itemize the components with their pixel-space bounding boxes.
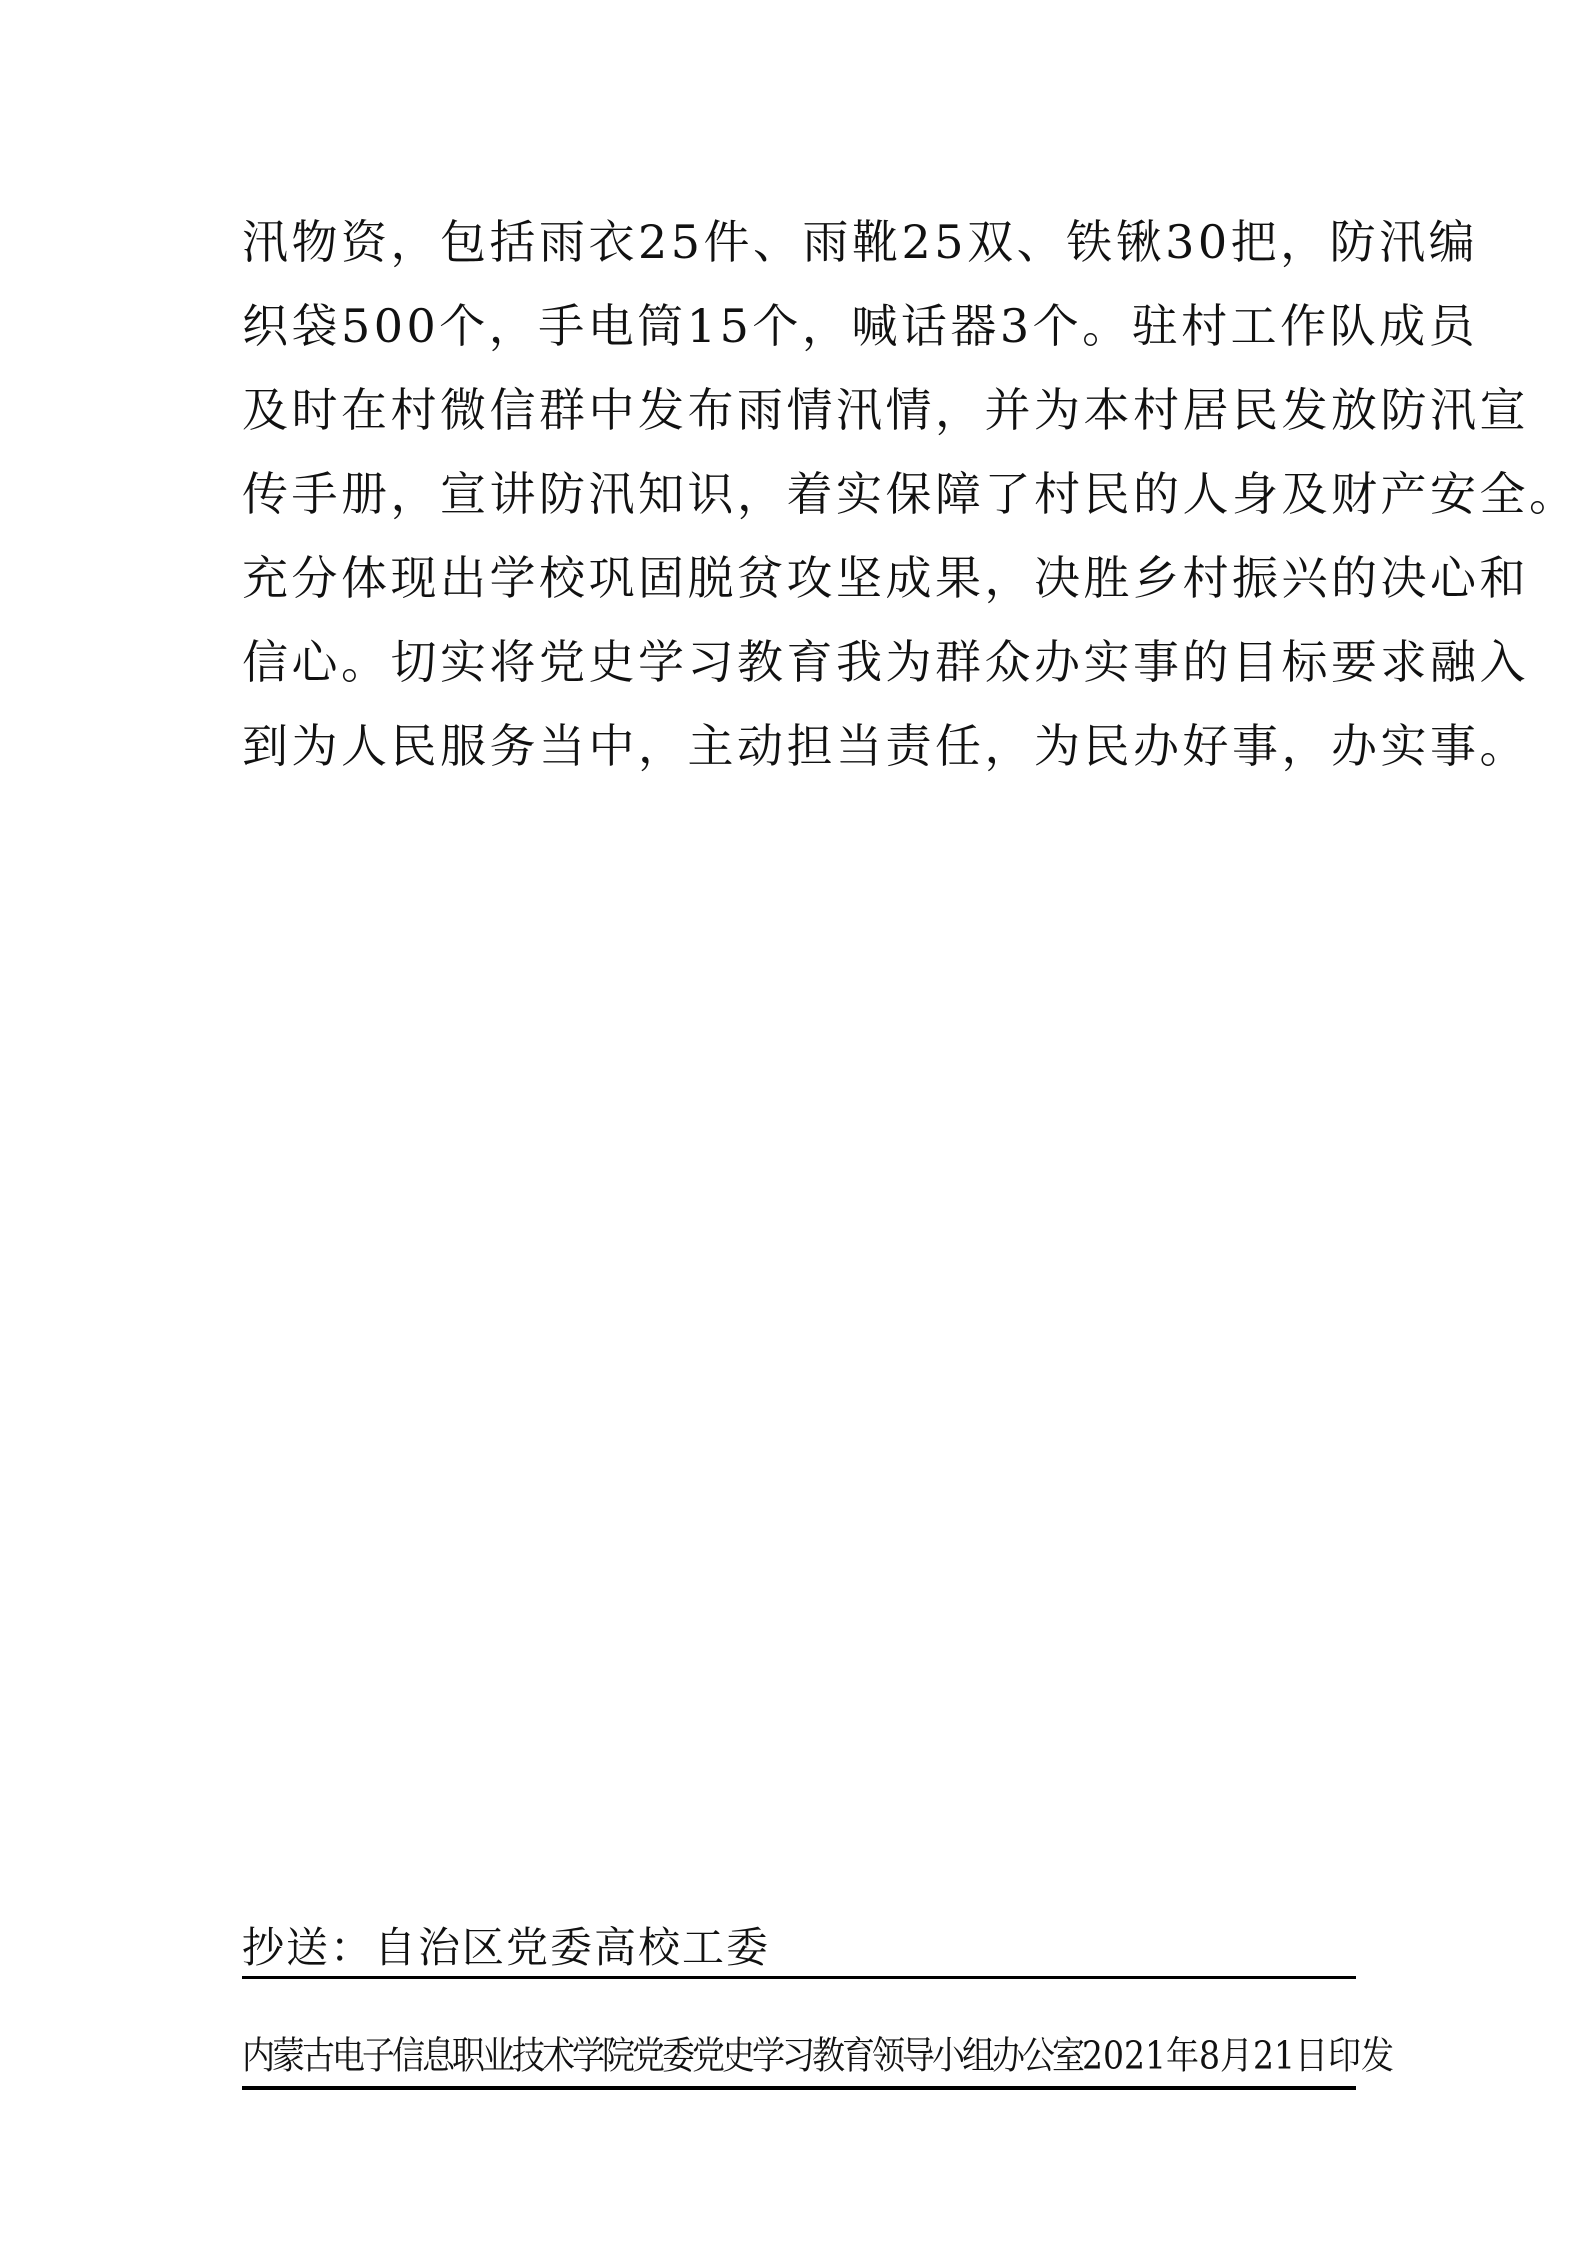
- body-line: 到为人民服务当中，主动担当责任，为民办好事，办实事。: [242, 704, 1357, 788]
- issuer-name: 内蒙古电子信息职业技术学院党委党史学习教育领导小组办公室: [242, 2022, 1082, 2086]
- body-line: 汛物资，包括雨衣25件、雨靴25双、铁锹30把，防汛编: [242, 200, 1357, 284]
- body-paragraph: 汛物资，包括雨衣25件、雨靴25双、铁锹30把，防汛编 织袋500个，手电筒15…: [242, 200, 1357, 788]
- body-line: 传手册，宣讲防汛知识，着实保障了村民的人身及财产安全。: [242, 452, 1357, 536]
- document-page: 汛物资，包括雨衣25件、雨靴25双、铁锹30把，防汛编 织袋500个，手电筒15…: [0, 0, 1587, 2245]
- cc-line: 抄送：自治区党委高校工委: [242, 1920, 1356, 1979]
- body-line: 信心。切实将党史学习教育我为群众办实事的目标要求融入: [242, 620, 1357, 704]
- issuer-line: 内蒙古电子信息职业技术学院党委党史学习教育领导小组办公室 2021年8月21日印…: [242, 2030, 1356, 2090]
- body-line: 及时在村微信群中发布雨情汛情，并为本村居民发放防汛宣: [242, 368, 1357, 452]
- issue-date: 2021年8月21日印发: [1082, 2022, 1394, 2086]
- body-line: 充分体现出学校巩固脱贫攻坚成果，决胜乡村振兴的决心和: [242, 536, 1357, 620]
- body-line: 织袋500个，手电筒15个，喊话器3个。驻村工作队成员: [242, 284, 1357, 368]
- cc-text: 抄送：自治区党委高校工委: [242, 1923, 770, 1972]
